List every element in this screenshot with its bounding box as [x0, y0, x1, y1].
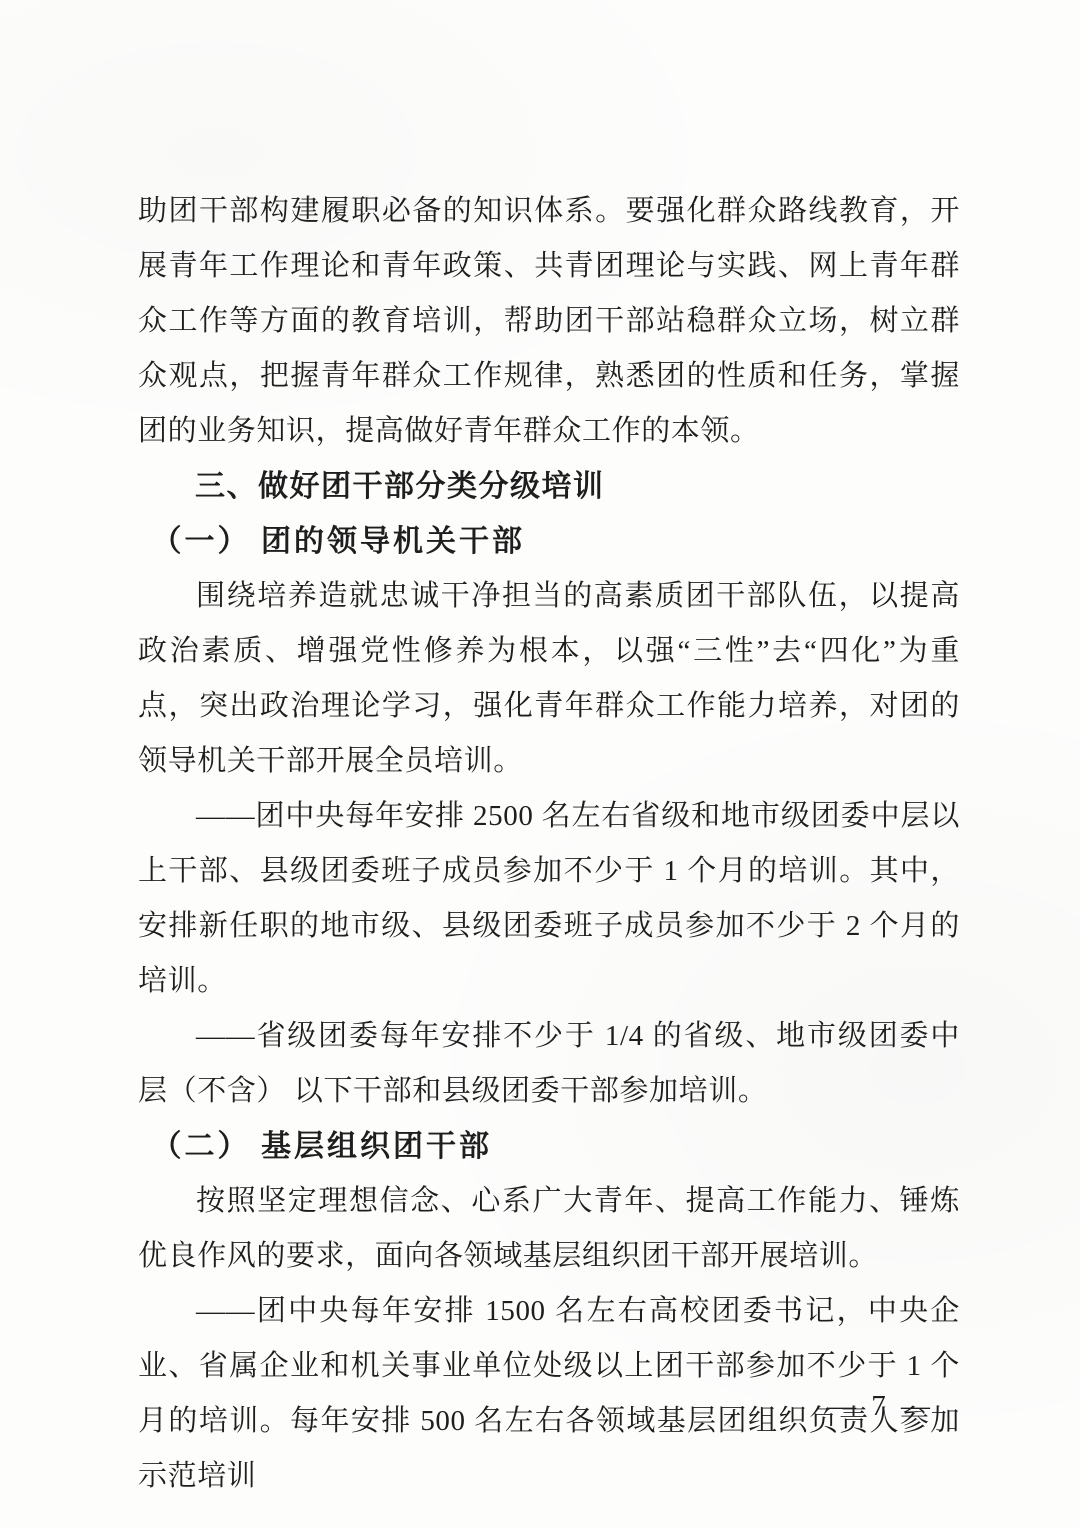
page-number: — 7 —	[827, 1390, 934, 1423]
document-body: 助团干部构建履职必备的知识体系。要强化群众路线教育，开展青年工作理论和青年政策、…	[138, 184, 960, 1504]
paragraph: 按照坚定理想信念、心系广大青年、提高工作能力、锤炼优良作风的要求，面向各领域基层…	[138, 1174, 960, 1284]
document-page: 助团干部构建履职必备的知识体系。要强化群众路线教育，开展青年工作理论和青年政策、…	[0, 0, 1080, 1527]
paragraph: ——省级团委每年安排不少于 1/4 的省级、地市级团委中层（不含） 以下干部和县…	[138, 1009, 960, 1119]
paragraph: ——团中央每年安排 2500 名左右省级和地市级团委中层以上干部、县级团委班子成…	[138, 789, 960, 1009]
section-heading: 三、做好团干部分类分级培训	[138, 459, 960, 514]
paragraph: 围绕培养造就忠诚干净担当的高素质团干部队伍，以提高政治素质、增强党性修养为根本，…	[138, 569, 960, 789]
sub-heading: （二） 基层组织团干部	[138, 1119, 960, 1174]
sub-heading: （一） 团的领导机关干部	[138, 514, 960, 569]
paragraph: 助团干部构建履职必备的知识体系。要强化群众路线教育，开展青年工作理论和青年政策、…	[138, 184, 960, 459]
